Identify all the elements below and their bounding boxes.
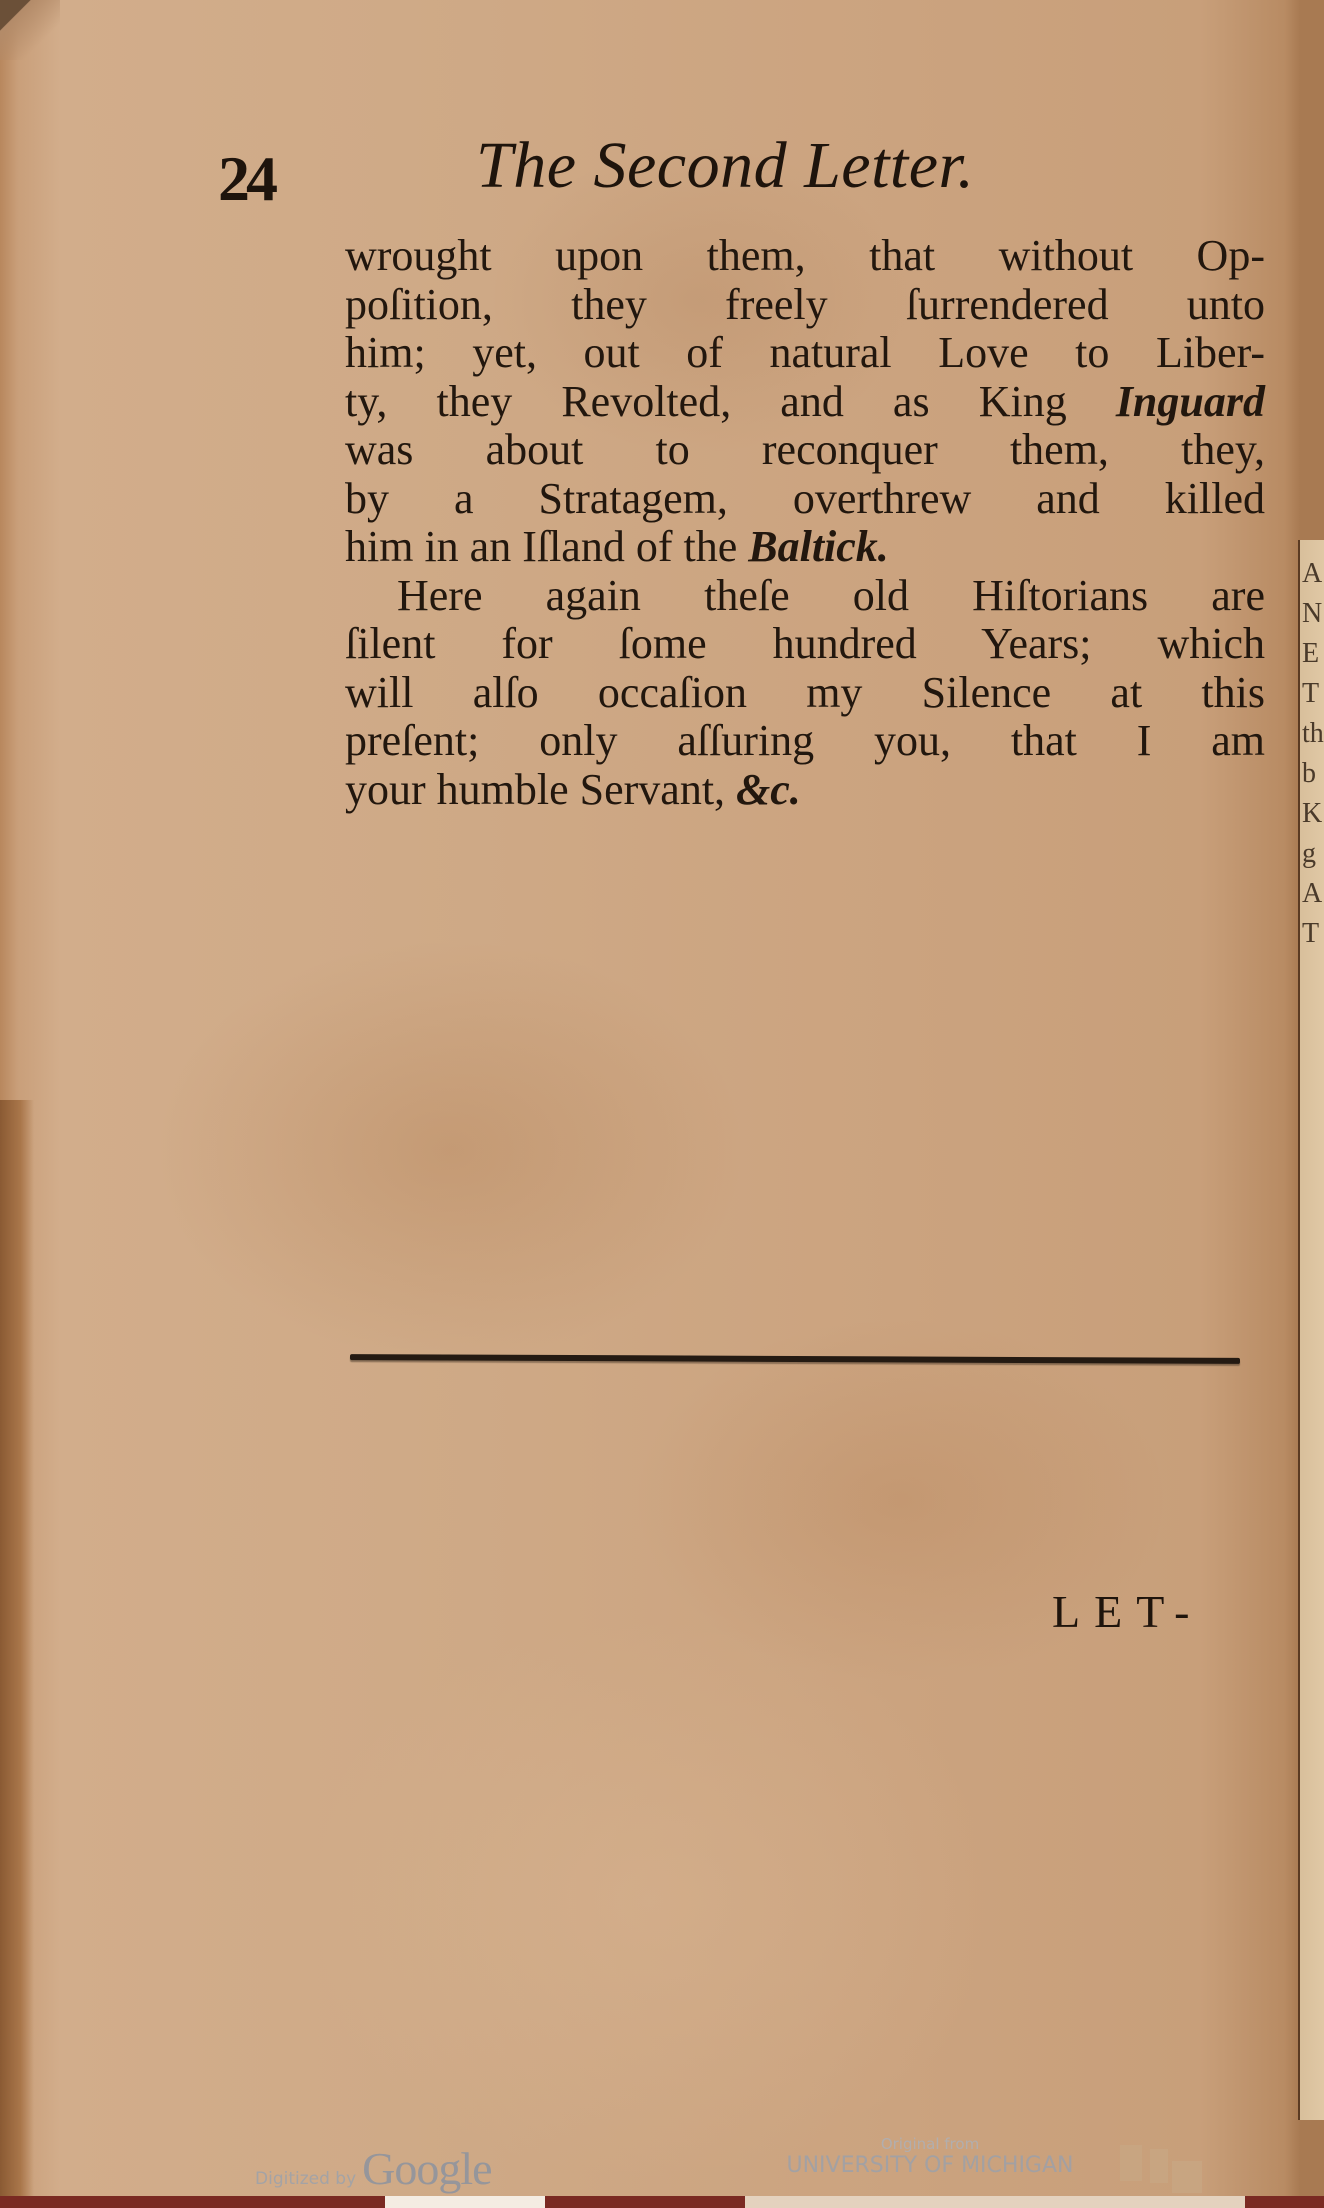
- text-line: ty, they Revolted, and as King Inguard: [345, 378, 1265, 427]
- italic-name-inguard: Inguard: [1116, 377, 1265, 426]
- body-text: wrought upon them, that without Op- poſi…: [345, 232, 1265, 814]
- text-segment: your humble Servant,: [345, 765, 736, 814]
- scan-strip: [745, 2196, 1245, 2208]
- text-segment: ty, they Revolted, and as King: [345, 377, 1116, 426]
- left-gutter-shadow: [0, 1100, 34, 2208]
- source-watermark: Original from UNIVERSITY OF MICHIGAN: [770, 2135, 1090, 2178]
- text-line: preſent; only aſſuring you, that I am: [345, 717, 1265, 766]
- scan-strip: [385, 2196, 545, 2208]
- next-page-bleed-text: A N E T th b K g A T: [1300, 540, 1324, 954]
- text-line: wrought upon them, that without Op-: [345, 232, 1265, 281]
- text-segment: him in an Iſland of the: [345, 522, 748, 571]
- institution-label: UNIVERSITY OF MICHIGAN: [770, 2153, 1090, 2178]
- text-line: him in an Iſland of the Baltick.: [345, 523, 1265, 572]
- text-line: Here again theſe old Hiſtorians are: [345, 572, 1265, 621]
- digitized-by-label: Digitized by: [255, 2169, 356, 2189]
- original-from-label: Original from: [770, 2135, 1090, 2153]
- page-number: 24: [218, 142, 274, 216]
- text-line: was about to reconquer them, they,: [345, 426, 1265, 475]
- running-title: The Second Letter.: [476, 128, 974, 204]
- text-line: him; yet, out of natural Love to Liber-: [345, 329, 1265, 378]
- italic-etc: &c.: [736, 765, 801, 814]
- text-line: will alſo occaſion my Silence at this: [345, 669, 1265, 718]
- google-logo: Google: [362, 2142, 491, 2195]
- scan-artifact-blocks: [1120, 2145, 1210, 2193]
- running-head: 24 The Second Letter.: [0, 128, 1324, 218]
- text-line: your humble Servant, &c.: [345, 766, 1265, 815]
- text-line: poſition, they freely ſurrendered unto: [345, 281, 1265, 330]
- italic-name-baltick: Baltick.: [748, 522, 889, 571]
- page-corner: [0, 0, 60, 60]
- catchword: LET-: [1052, 1585, 1203, 1638]
- text-line: by a Stratagem, overthrew and killed: [345, 475, 1265, 524]
- text-line: ſilent for ſome hundred Years; which: [345, 620, 1265, 669]
- section-rule: [350, 1354, 1240, 1364]
- book-page: 24 The Second Letter. wrought upon them,…: [0, 0, 1324, 2208]
- next-page-edge: A N E T th b K g A T: [1298, 540, 1324, 2120]
- google-watermark: Digitized by Google: [255, 2142, 492, 2195]
